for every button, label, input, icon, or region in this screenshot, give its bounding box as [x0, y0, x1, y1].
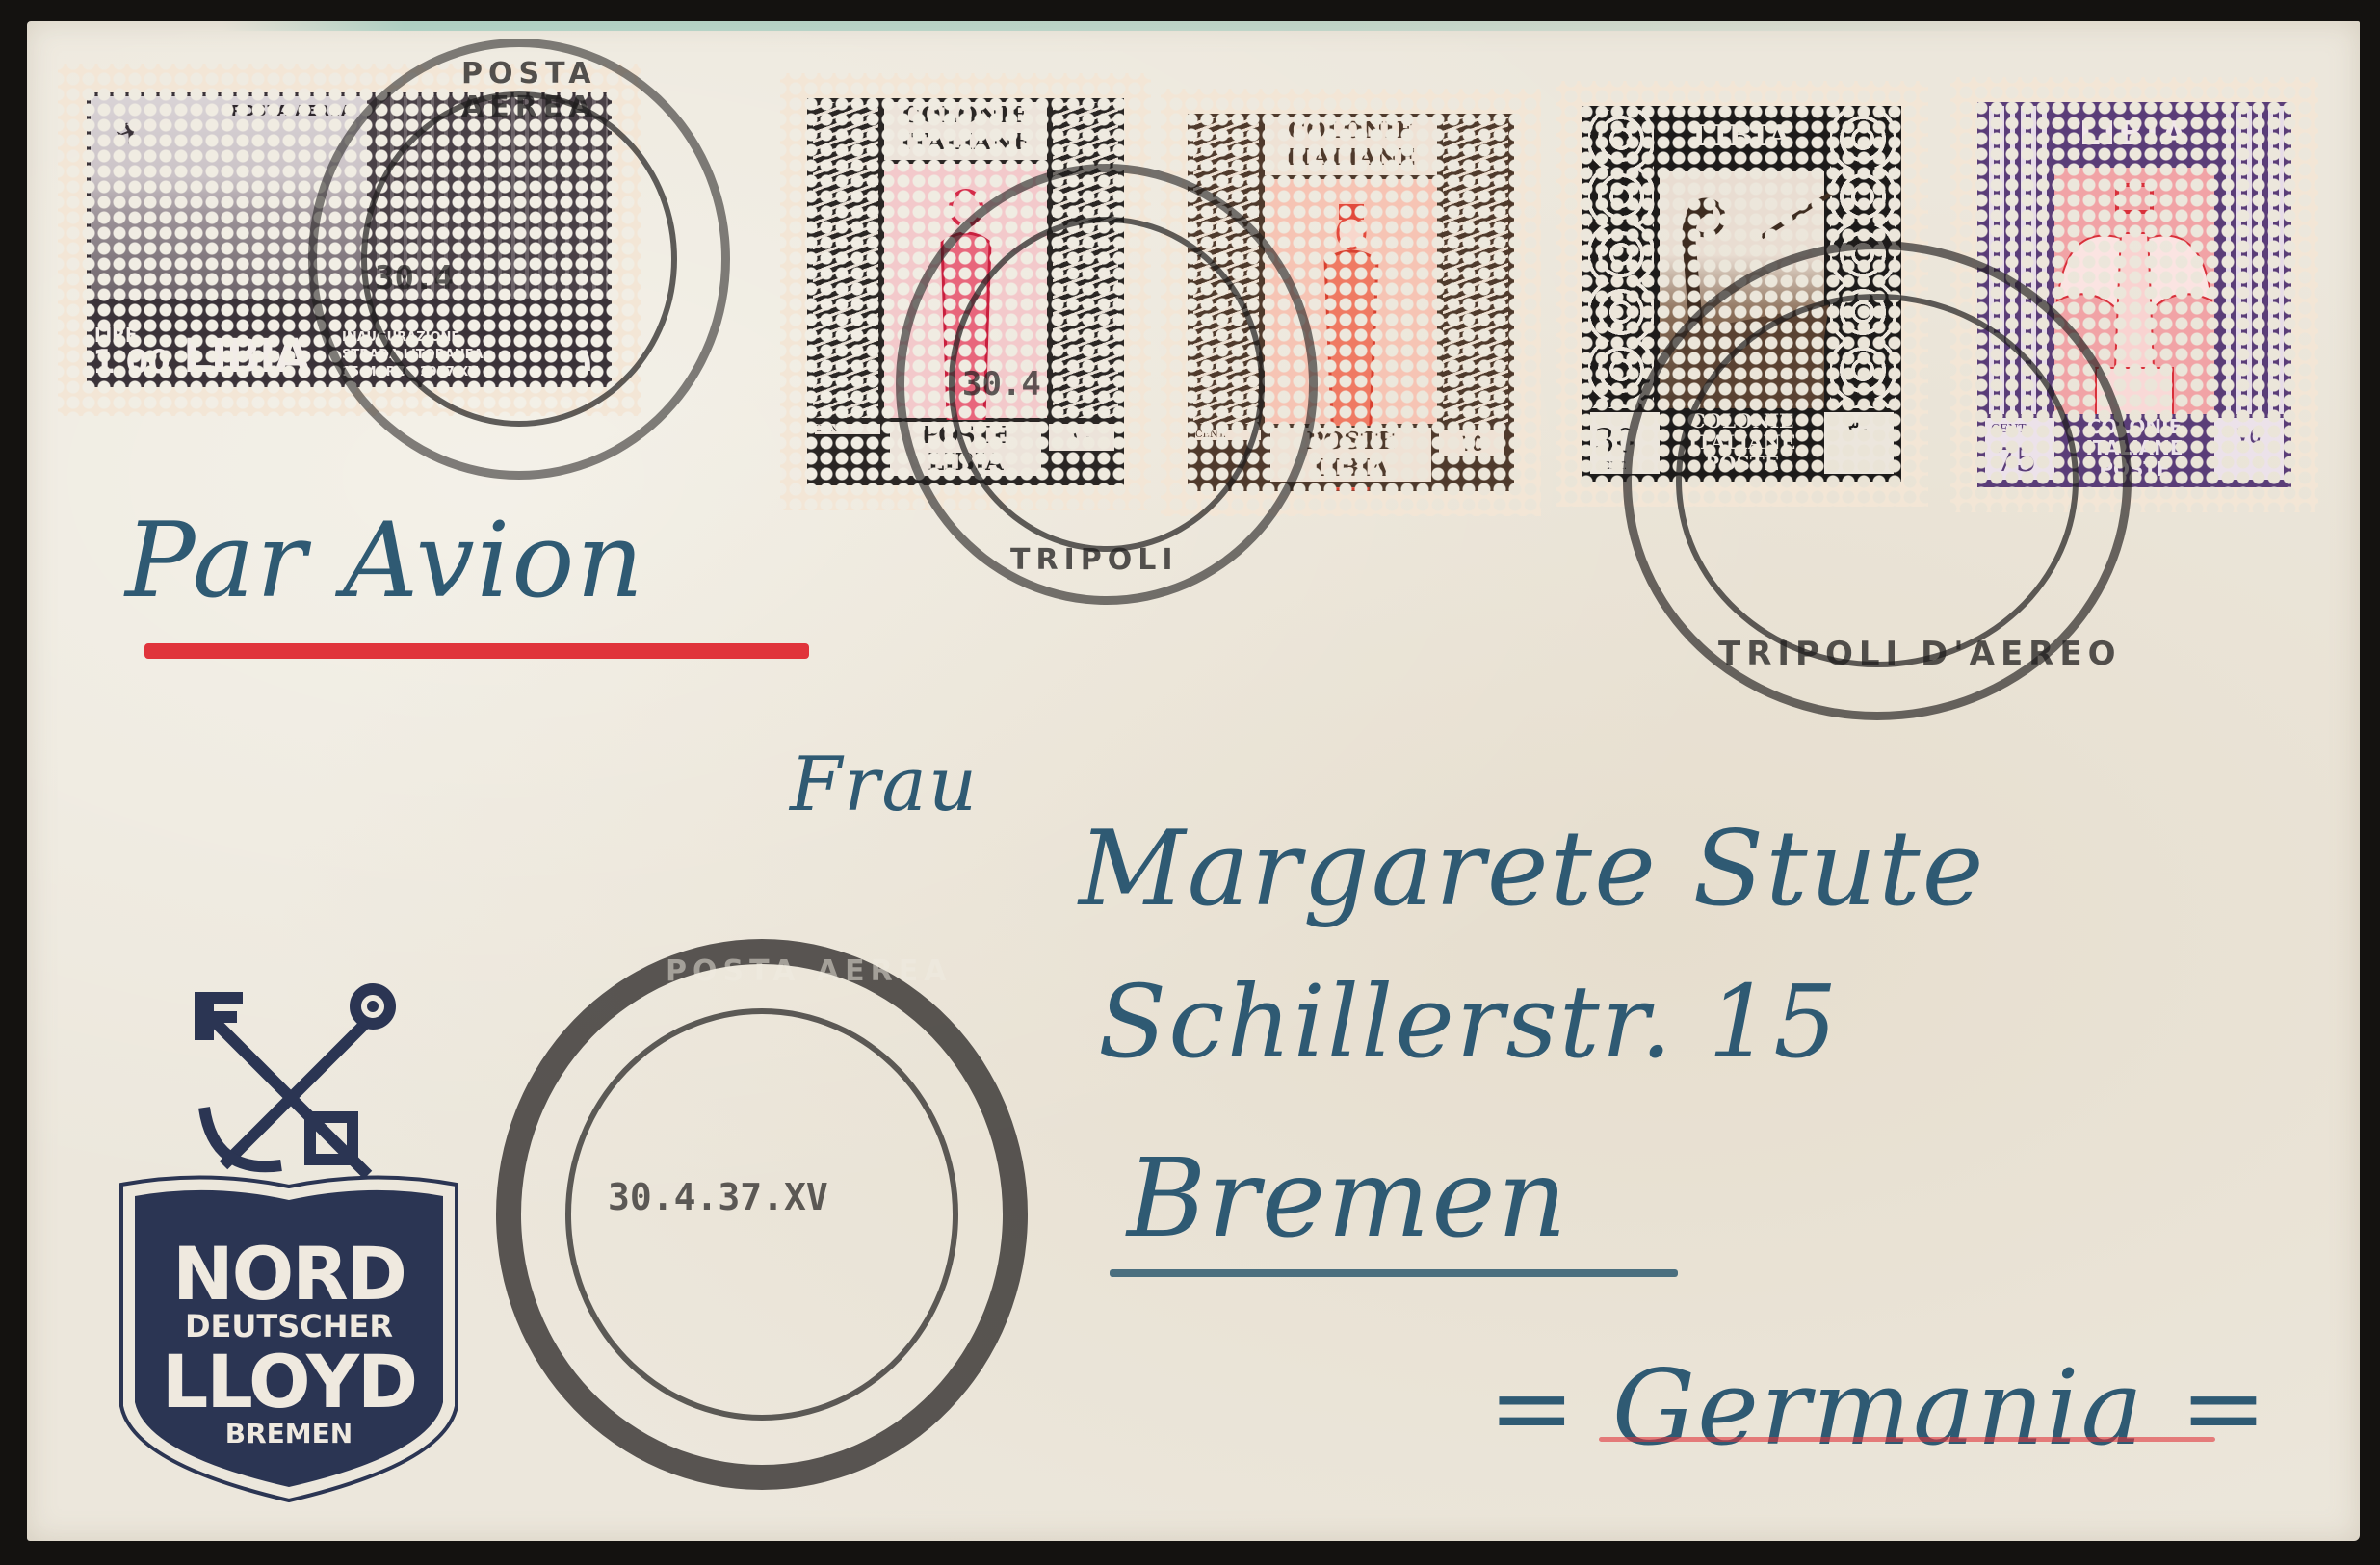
palm-column-right — [1443, 117, 1508, 424]
red-underline — [144, 643, 809, 659]
postmark-middle: TRIPOLI 30.4 — [896, 164, 1318, 605]
stamp-header: COLONIE ITALIANE — [1265, 117, 1437, 175]
postmark-text: TRIPOLI — [1010, 543, 1179, 577]
stamp-country: LIBIA — [183, 329, 308, 383]
stamp-header: COLONIE ITALIANE — [884, 102, 1047, 160]
recipient-name: Margarete Stute — [1079, 809, 1986, 929]
tape-residue — [222, 21, 2052, 31]
header-line: ITALIANE — [884, 129, 1047, 156]
crossed-key-anchor-icon — [185, 982, 397, 1185]
service-label: Par Avion — [125, 501, 645, 621]
postmark-text: TRIPOLI D'AEREO — [1718, 635, 2121, 673]
salutation: Frau — [790, 742, 979, 828]
header-line: ITALIANE — [1265, 144, 1437, 171]
stamp-header: LIBIA — [1660, 110, 1824, 168]
stamp-arabic-value: ١٥ — [1439, 430, 1504, 456]
logo-line-bremen: BREMEN — [118, 1418, 460, 1449]
stamp-header: POSTA AEREA — [231, 102, 353, 119]
postmark-date: 30.4.37.XV — [608, 1176, 828, 1218]
postmark-date: 30.4 — [375, 259, 454, 298]
stamp-arabic-value: ٧٥ — [2214, 422, 2284, 449]
stamp-value: 10 — [817, 441, 858, 480]
logo-line-lloyd: LLOYD — [118, 1339, 460, 1424]
stamp-header: LIBIA — [2054, 106, 2214, 164]
postmark-text: POSTA AEREA — [666, 954, 952, 988]
stamp-value: 1,00 — [92, 343, 170, 381]
postmark-text: POSTA AEREA — [461, 57, 721, 124]
stamp-unit: CENT. — [815, 424, 880, 434]
postmark-left: POSTA AEREA 30.4 — [308, 39, 730, 480]
postmark-right: TRIPOLI D'AEREO — [1623, 241, 2132, 720]
country-red-underline — [1599, 1437, 2215, 1442]
nord-deutscher-lloyd-logo: NORD DEUTSCHER LLOYD BREMEN — [118, 982, 460, 1502]
postmark-lower: POSTA AEREA 30.4.37.XV — [496, 939, 1028, 1490]
header-line: COLONIE — [884, 102, 1047, 129]
recipient-country: = Germania = — [1488, 1348, 2269, 1469]
postmark-date: 30.4 — [962, 365, 1041, 404]
recipient-city: Bremen — [1127, 1136, 1569, 1262]
palm-column-left — [813, 102, 878, 418]
logo-line-nord: NORD — [118, 1231, 460, 1317]
city-underline — [1110, 1269, 1678, 1277]
recipient-street: Schillerstr. 15 — [1098, 963, 1839, 1081]
arabic-box: ٧٥ — [2214, 418, 2284, 480]
ornament-column-left — [1588, 110, 1654, 414]
header-line: COLONIE — [1265, 117, 1437, 144]
